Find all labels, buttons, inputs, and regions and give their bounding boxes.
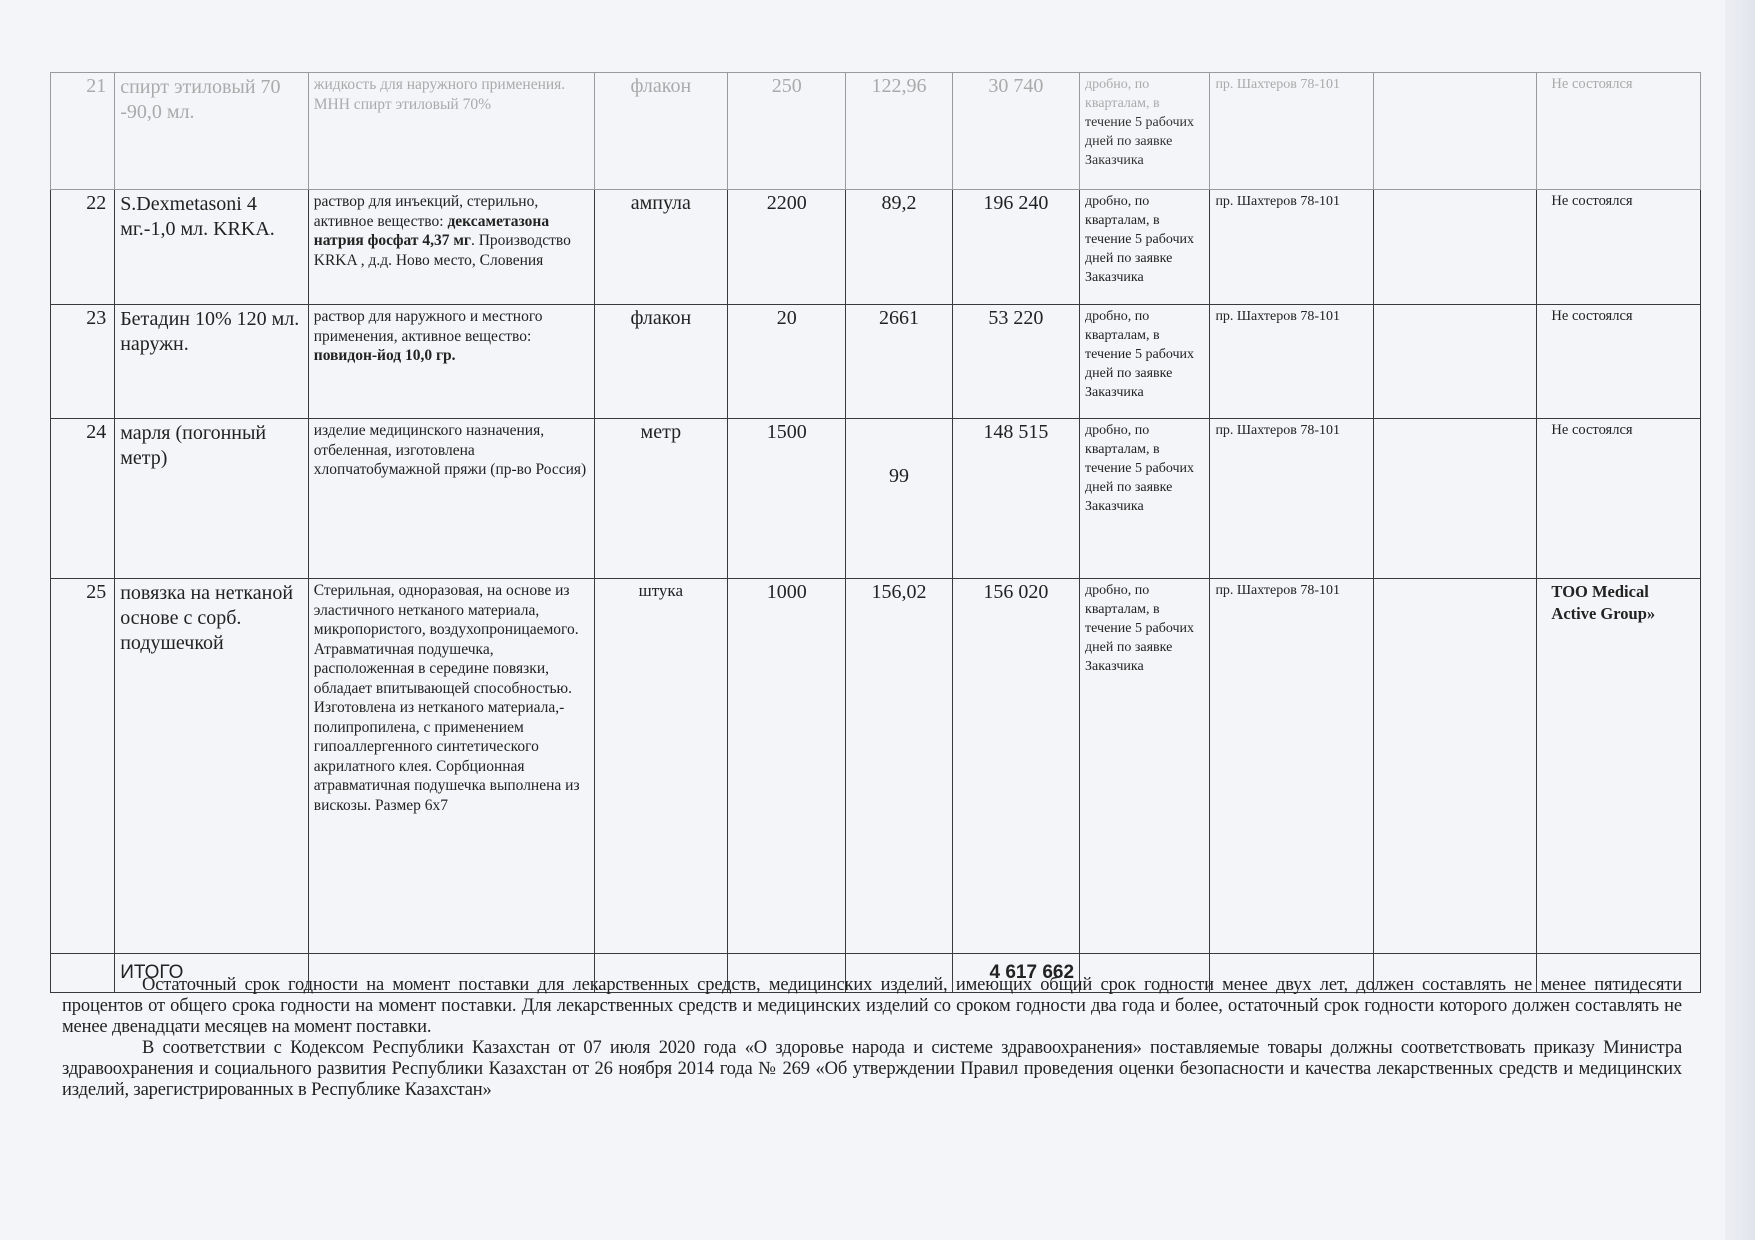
- item-description: раствор для инъекций, стерильно, активно…: [308, 190, 594, 305]
- row-number: 22: [51, 190, 115, 305]
- delivery-place: пр. Шахтеров 78-101: [1210, 190, 1373, 305]
- item-quantity: 2200: [728, 190, 846, 305]
- scan-page-edge: [1725, 0, 1755, 1240]
- delivery-terms-faded: дробно, по кварталам, в: [1085, 77, 1160, 111]
- delivery-place: пр. Шахтеров 78-101: [1210, 73, 1373, 190]
- tender-result: Не состоялся: [1537, 419, 1701, 579]
- item-sum: 53 220: [952, 305, 1079, 419]
- item-price: 99: [846, 419, 952, 579]
- row-number: 25: [51, 579, 115, 954]
- extra-cell: [1373, 305, 1536, 419]
- table-row: 22 S.Dexmetasoni 4 мг.-1,0 мл. KRKA. рас…: [51, 190, 1701, 305]
- row-number: 23: [51, 305, 115, 419]
- item-sum: 196 240: [952, 190, 1079, 305]
- tender-result: Не состоялся: [1537, 190, 1701, 305]
- item-price: 2661: [846, 305, 952, 419]
- item-name: Бетадин 10% 120 мл. наружн.: [115, 305, 309, 419]
- item-unit: флакон: [594, 305, 727, 419]
- item-description: раствор для наружного и местного примене…: [308, 305, 594, 419]
- extra-cell: [1373, 190, 1536, 305]
- item-description: жидкость для наружного применения. МНН с…: [308, 73, 594, 190]
- extra-cell: [1373, 419, 1536, 579]
- item-unit: штука: [594, 579, 727, 954]
- item-unit: ампула: [594, 190, 727, 305]
- item-unit: флакон: [594, 73, 727, 190]
- item-price: 122,96: [846, 73, 952, 190]
- regulatory-note: В соответствии с Кодексом Республики Каз…: [62, 1038, 1682, 1101]
- delivery-place: пр. Шахтеров 78-101: [1210, 419, 1373, 579]
- item-name: повязка на нетканой основе с сорб. подуш…: [115, 579, 309, 954]
- procurement-table: 21 спирт этиловый 70 -90,0 мл. жидкость …: [50, 72, 1701, 993]
- item-quantity: 1000: [728, 579, 846, 954]
- extra-cell: [1373, 579, 1536, 954]
- delivery-terms: дробно, по кварталам, в течение 5 рабочи…: [1080, 73, 1210, 190]
- row-number: 21: [51, 73, 115, 190]
- tender-winner: ТОО Medical Active Group»: [1537, 579, 1701, 954]
- shelf-life-note: Остаточный срок годности на момент поста…: [62, 975, 1682, 1038]
- item-name: S.Dexmetasoni 4 мг.-1,0 мл. KRKA.: [115, 190, 309, 305]
- delivery-terms: дробно, по кварталам, в течение 5 рабочи…: [1080, 579, 1210, 954]
- item-description: Стерильная, одноразовая, на основе из эл…: [308, 579, 594, 954]
- item-quantity: 20: [728, 305, 846, 419]
- item-name: спирт этиловый 70 -90,0 мл.: [115, 73, 309, 190]
- item-name: марля (погонный метр): [115, 419, 309, 579]
- item-quantity: 1500: [728, 419, 846, 579]
- description-text: раствор для наружного и местного примене…: [314, 308, 543, 345]
- tender-result: Не состоялся: [1537, 73, 1701, 190]
- item-sum: 156 020: [952, 579, 1079, 954]
- delivery-terms-legible: течение 5 рабочих дней по заявке Заказчи…: [1085, 115, 1194, 168]
- item-sum: 30 740: [952, 73, 1079, 190]
- delivery-place: пр. Шахтеров 78-101: [1210, 305, 1373, 419]
- delivery-place: пр. Шахтеров 78-101: [1210, 579, 1373, 954]
- table-row: 23 Бетадин 10% 120 мл. наружн. раствор д…: [51, 305, 1701, 419]
- item-quantity: 250: [728, 73, 846, 190]
- notes-section: Остаточный срок годности на момент поста…: [62, 975, 1682, 1101]
- active-substance: повидон-йод 10,0 гр.: [314, 347, 456, 364]
- item-unit: метр: [594, 419, 727, 579]
- item-price: 89,2: [846, 190, 952, 305]
- delivery-terms: дробно, по кварталам, в течение 5 рабочи…: [1080, 190, 1210, 305]
- extra-cell: [1373, 73, 1536, 190]
- item-sum: 148 515: [952, 419, 1079, 579]
- table-row: 25 повязка на нетканой основе с сорб. по…: [51, 579, 1701, 954]
- row-number: 24: [51, 419, 115, 579]
- table-row: 24 марля (погонный метр) изделие медицин…: [51, 419, 1701, 579]
- delivery-terms: дробно, по кварталам, в течение 5 рабочи…: [1080, 305, 1210, 419]
- tender-result: Не состоялся: [1537, 305, 1701, 419]
- item-price: 156,02: [846, 579, 952, 954]
- item-description: изделие медицинского назначения, отбелен…: [308, 419, 594, 579]
- delivery-terms: дробно, по кварталам, в течение 5 рабочи…: [1080, 419, 1210, 579]
- table-row: 21 спирт этиловый 70 -90,0 мл. жидкость …: [51, 73, 1701, 190]
